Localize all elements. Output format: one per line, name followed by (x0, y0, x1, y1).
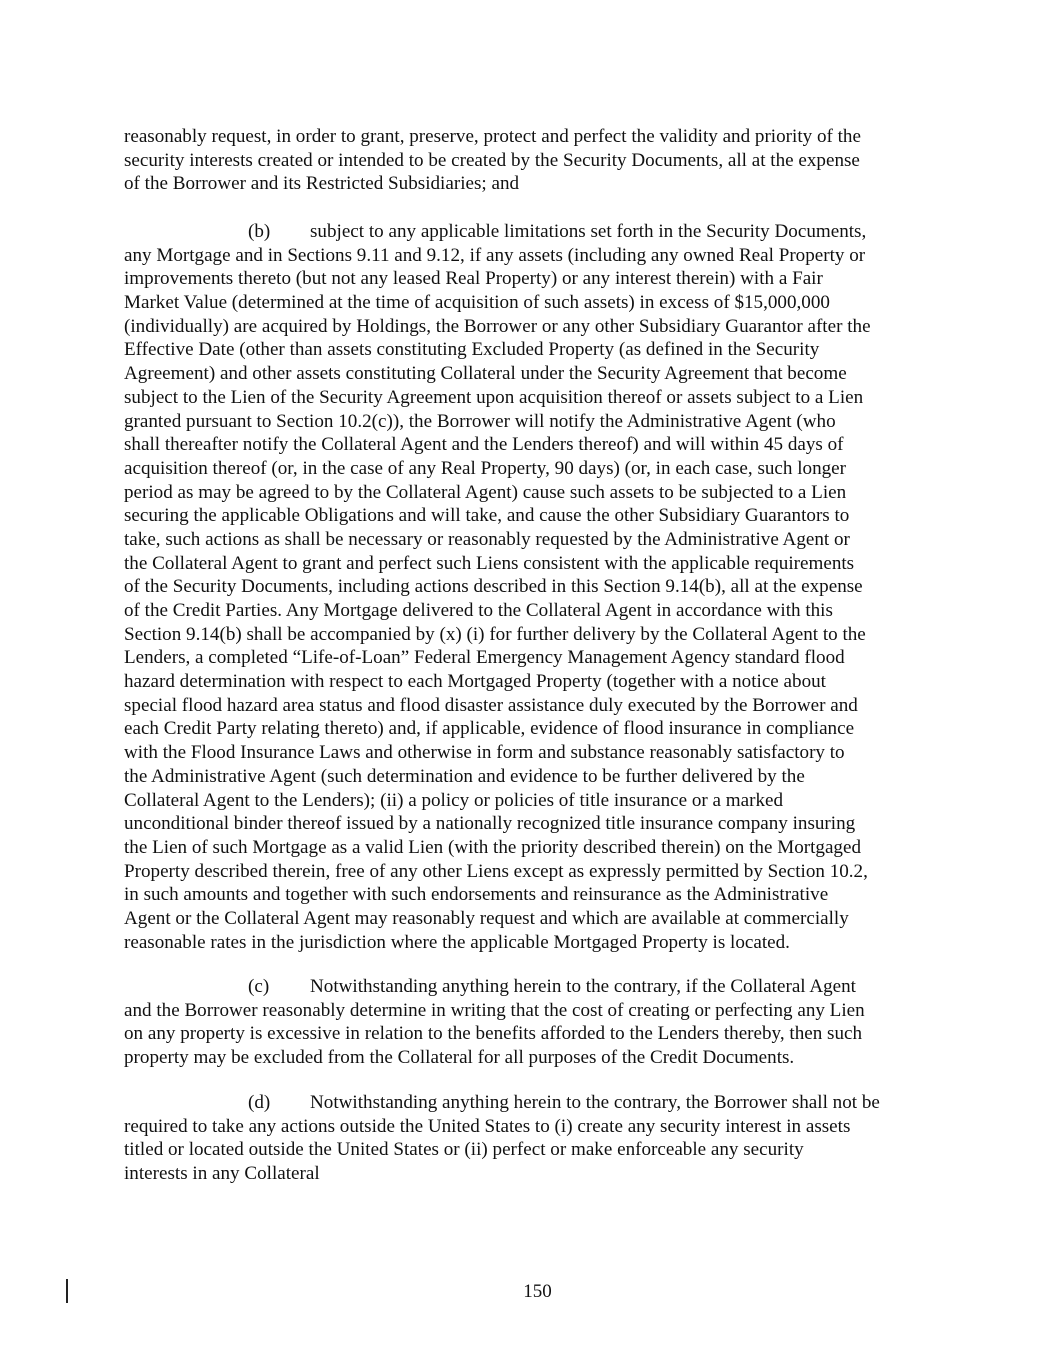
text-line: Agent or the Collateral Agent may reason… (124, 907, 934, 931)
text-line: hazard determination with respect to eac… (124, 670, 934, 694)
text-line: Agreement) and other assets constituting… (124, 362, 934, 386)
text-line: the Lien of such Mortgage as a valid Lie… (124, 836, 934, 860)
text-line: special flood hazard area status and flo… (124, 694, 934, 718)
text-line: unconditional binder thereof issued by a… (124, 812, 934, 836)
text-line: acquisition thereof (or, in the case of … (124, 457, 934, 481)
text-line: Collateral Agent to the Lenders); (ii) a… (124, 789, 934, 813)
text-line: each Credit Party relating thereto) and,… (124, 717, 934, 741)
text-line: the Administrative Agent (such determina… (124, 765, 934, 789)
text-line: security interests created or intended t… (124, 149, 934, 173)
text-line: (individually) are acquired by Holdings,… (124, 315, 934, 339)
text-line: interests in any Collateral (124, 1162, 934, 1186)
text-line: on any property is excessive in relation… (124, 1022, 934, 1046)
paragraph-c: (c)Notwithstanding anything herein to th… (124, 975, 934, 1070)
text-line: Market Value (determined at the time of … (124, 291, 934, 315)
paragraph-b-first-line: (b)subject to any applicable limitations… (124, 220, 934, 244)
text-line: Property described therein, free of any … (124, 860, 934, 884)
text-line: reasonable rates in the jurisdiction whe… (124, 931, 934, 955)
paragraph-d-first-line: (d)Notwithstanding anything herein to th… (124, 1091, 934, 1115)
document-page: reasonably request, in order to grant, p… (0, 0, 1055, 1365)
text-line: securing the applicable Obligations and … (124, 504, 934, 528)
paragraph-c-first-line: (c)Notwithstanding anything herein to th… (124, 975, 934, 999)
text-line: Effective Date (other than assets consti… (124, 338, 934, 362)
paragraph-b: (b)subject to any applicable limitations… (124, 220, 934, 954)
text-line: period as may be agreed to by the Collat… (124, 481, 934, 505)
text-line: titled or located outside the United Sta… (124, 1138, 934, 1162)
text-line: the Collateral Agent to grant and perfec… (124, 552, 934, 576)
text-line: and the Borrower reasonably determine in… (124, 999, 934, 1023)
text-line: Lenders, a completed “Life-of-Loan” Fede… (124, 646, 934, 670)
paragraph-c-marker: (c) (248, 975, 310, 999)
text-line: subject to the Lien of the Security Agre… (124, 386, 934, 410)
text-line: any Mortgage and in Sections 9.11 and 9.… (124, 244, 934, 268)
text-line: Section 9.14(b) shall be accompanied by … (124, 623, 934, 647)
paragraph-d-marker: (d) (248, 1091, 310, 1115)
text-line: reasonably request, in order to grant, p… (124, 125, 934, 149)
text-line: of the Borrower and its Restricted Subsi… (124, 172, 934, 196)
text-line: shall thereafter notify the Collateral A… (124, 433, 934, 457)
paragraph-intro: reasonably request, in order to grant, p… (124, 125, 934, 196)
text-line: take, such actions as shall be necessary… (124, 528, 934, 552)
text-line: property may be excluded from the Collat… (124, 1046, 934, 1070)
text-line: improvements thereto (but not any leased… (124, 267, 934, 291)
paragraph-d: (d)Notwithstanding anything herein to th… (124, 1091, 934, 1186)
text-line: in such amounts and together with such e… (124, 883, 934, 907)
text-line: required to take any actions outside the… (124, 1115, 934, 1139)
text-line: of the Security Documents, including act… (124, 575, 934, 599)
page-number: 150 (0, 1281, 1055, 1303)
paragraph-b-marker: (b) (248, 220, 310, 244)
text-line: of the Credit Parties. Any Mortgage deli… (124, 599, 934, 623)
text-line: granted pursuant to Section 10.2(c)), th… (124, 410, 934, 434)
text-line: with the Flood Insurance Laws and otherw… (124, 741, 934, 765)
